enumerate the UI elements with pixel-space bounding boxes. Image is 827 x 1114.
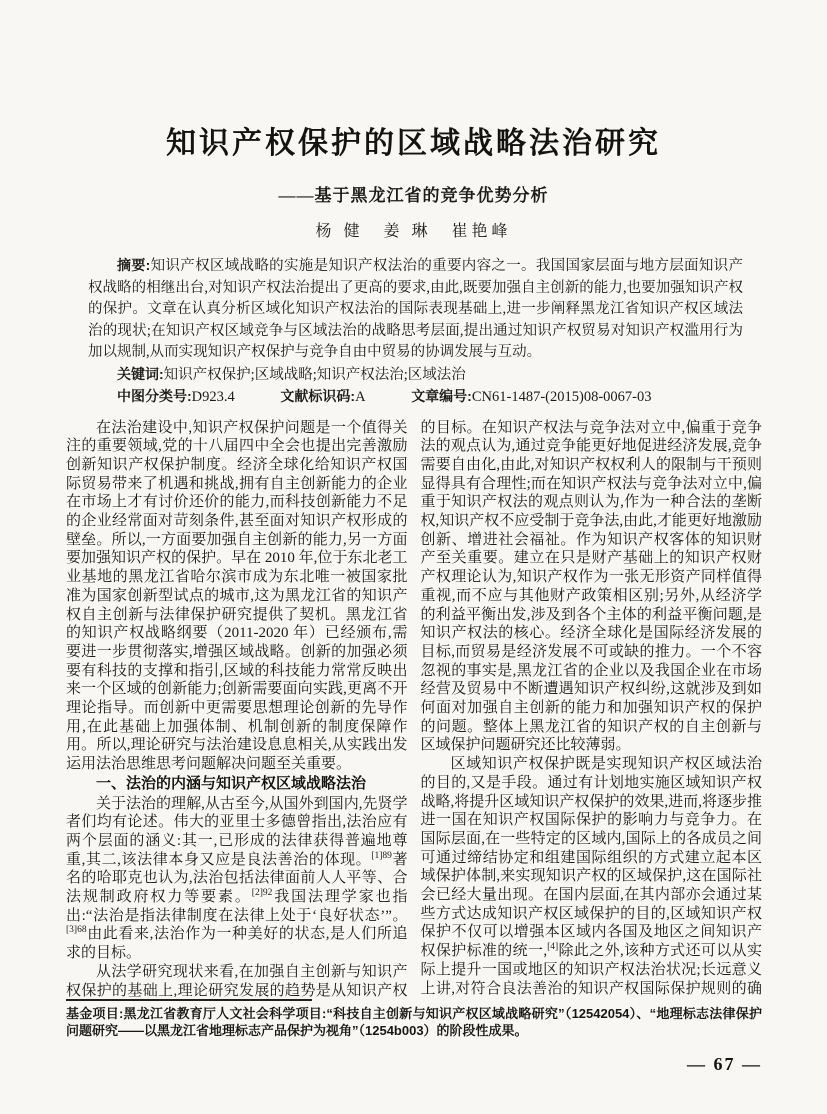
body-paragraph: 区域知识产权保护既是实现知识产权区域法治的目的,又是手段。通过有计划地实施区域知… <box>421 755 763 996</box>
paragraph-text: 关于法治的理解,从古至今,从国外到国内,先贤学者们均有论述。伟大的亚里士多德曾指… <box>66 796 408 868</box>
body-columns: 在法治建设中,知识产权保护问题是一个值得关注的重要领域,党的十八届四中全会也提出… <box>66 419 762 997</box>
body-paragraph: 从法学研究现状来看,在加强自主创新与知识产权保护的基础上,理论研究发展的趋势是从… <box>66 963 408 997</box>
article-subtitle: ——基于黑龙江省的竞争优势分析 <box>0 184 827 208</box>
section-heading-1: 一、法治的内涵与知识产权区域战略法治 <box>66 775 408 794</box>
citation-ref: [2]92 <box>252 888 273 898</box>
journal-article-page: 知识产权保护的区域战略法治研究 ——基于黑龙江省的竞争优势分析 杨 健 姜 琳 … <box>0 0 827 1114</box>
clc-value: D923.4 <box>192 389 235 405</box>
classification-line: 中图分类号:D923.4 文献标识码:A 文章编号:CN61-1487-(201… <box>88 386 743 409</box>
article-no-item: 文章编号:CN61-1487-(2015)08-0067-03 <box>411 389 651 405</box>
authors: 杨 健 姜 琳 崔艳峰 <box>0 221 827 243</box>
doc-code-value: A <box>355 389 365 405</box>
citation-ref: [4] <box>547 942 558 952</box>
page-number: — 67 — <box>66 1054 762 1075</box>
funding-footnote: 基金项目:黑龙江省教育厅人文社会科学项目:“科技自主创新与知识产权区域战略研究”… <box>66 1005 762 1040</box>
keywords-label: 关键词: <box>117 366 164 382</box>
citation-ref: [1]89 <box>371 851 392 861</box>
article-no-label: 文章编号: <box>411 388 472 404</box>
doc-code-label: 文献标识码: <box>280 388 355 404</box>
keywords-text: 知识产权保护;区域战略;知识产权法治;区域法治 <box>164 367 466 383</box>
body-paragraph: 关于法治的理解,从古至今,从国外到国内,先贤学者们均有论述。伟大的亚里士多德曾指… <box>66 795 408 963</box>
article-no-value: CN61-1487-(2015)08-0067-03 <box>472 389 652 405</box>
article-title: 知识产权保护的区域战略法治研究 <box>0 0 827 164</box>
paragraph-text: 由此看来,法治作为一种美好的状态,是人们所追求的目标。 <box>66 926 408 961</box>
funding-text: 黑龙江省教育厅人文社会科学项目:“科技自主创新与知识产权区域战略研究”（1254… <box>66 1006 762 1039</box>
funding-label: 基金项目: <box>66 1006 123 1021</box>
clc-item: 中图分类号:D923.4 <box>117 389 235 405</box>
page-footer: 基金项目:黑龙江省教育厅人文社会科学项目:“科技自主创新与知识产权区域战略研究”… <box>66 999 762 1075</box>
abstract-text: 知识产权区域战略的实施是知识产权法治的重要内容之一。我国国家层面与地方层面知识产… <box>88 258 743 360</box>
body-paragraph: 在法治建设中,知识产权保护问题是一个值得关注的重要领域,党的十八届四中全会也提出… <box>66 419 408 774</box>
abstract-block: 摘要:知识产权区域战略的实施是知识产权法治的重要内容之一。我国国家层面与地方层面… <box>88 255 743 409</box>
left-column: 在法治建设中,知识产权保护问题是一个值得关注的重要领域,党的十八届四中全会也提出… <box>66 419 408 997</box>
clc-label: 中图分类号: <box>117 388 192 404</box>
citation-ref: [3]68 <box>66 925 87 935</box>
footnote-divider <box>66 999 312 1001</box>
title-block: 知识产权保护的区域战略法治研究 ——基于黑龙江省的竞争优势分析 杨 健 姜 琳 … <box>0 0 827 243</box>
keywords-line: 关键词:知识产权保护;区域战略;知识产权法治;区域法治 <box>88 364 743 387</box>
abstract-paragraph: 摘要:知识产权区域战略的实施是知识产权法治的重要内容之一。我国国家层面与地方层面… <box>88 255 743 364</box>
right-column: 的目标。在知识产权法与竞争法对立中,偏重于竞争法的观点认为,通过竞争能更好地促进… <box>421 419 763 997</box>
body-paragraph: 的目标。在知识产权法与竞争法对立中,偏重于竞争法的观点认为,通过竞争能更好地促进… <box>421 419 763 756</box>
paragraph-text: 区域知识产权保护既是实现知识产权区域法治的目的,又是手段。通过有计划地实施区域知… <box>421 756 763 959</box>
doc-code-item: 文献标识码:A <box>280 389 365 405</box>
abstract-label: 摘要: <box>117 257 150 273</box>
